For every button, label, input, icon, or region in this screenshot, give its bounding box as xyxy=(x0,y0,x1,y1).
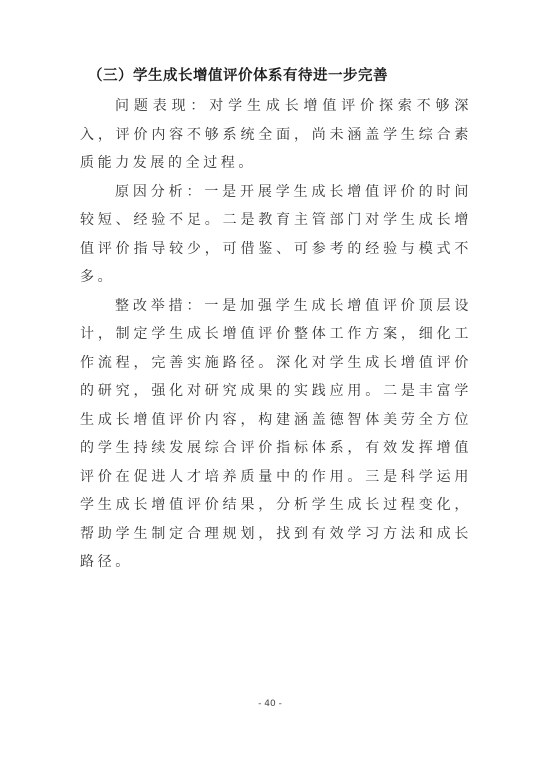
paragraph-measures: 整改举措：一是加强学生成长增值评价顶层设计，制定学生成长增值评价整体工作方案，细… xyxy=(80,292,472,577)
section-heading: （三）学生成长增值评价体系有待进一步完善 xyxy=(88,64,472,88)
document-page: （三）学生成长增值评价体系有待进一步完善 问题表现：对学生成长增值评价探索不够深… xyxy=(0,0,540,764)
page-number: - 40 - xyxy=(0,699,540,709)
paragraph-problem: 问题表现：对学生成长增值评价探索不够深入，评价内容不够系统全面，尚未涵盖学生综合… xyxy=(80,92,472,178)
paragraph-cause: 原因分析：一是开展学生成长增值评价的时间较短、经验不足。二是教育主管部门对学生成… xyxy=(80,178,472,292)
page-content: （三）学生成长增值评价体系有待进一步完善 问题表现：对学生成长增值评价探索不够深… xyxy=(80,64,472,577)
